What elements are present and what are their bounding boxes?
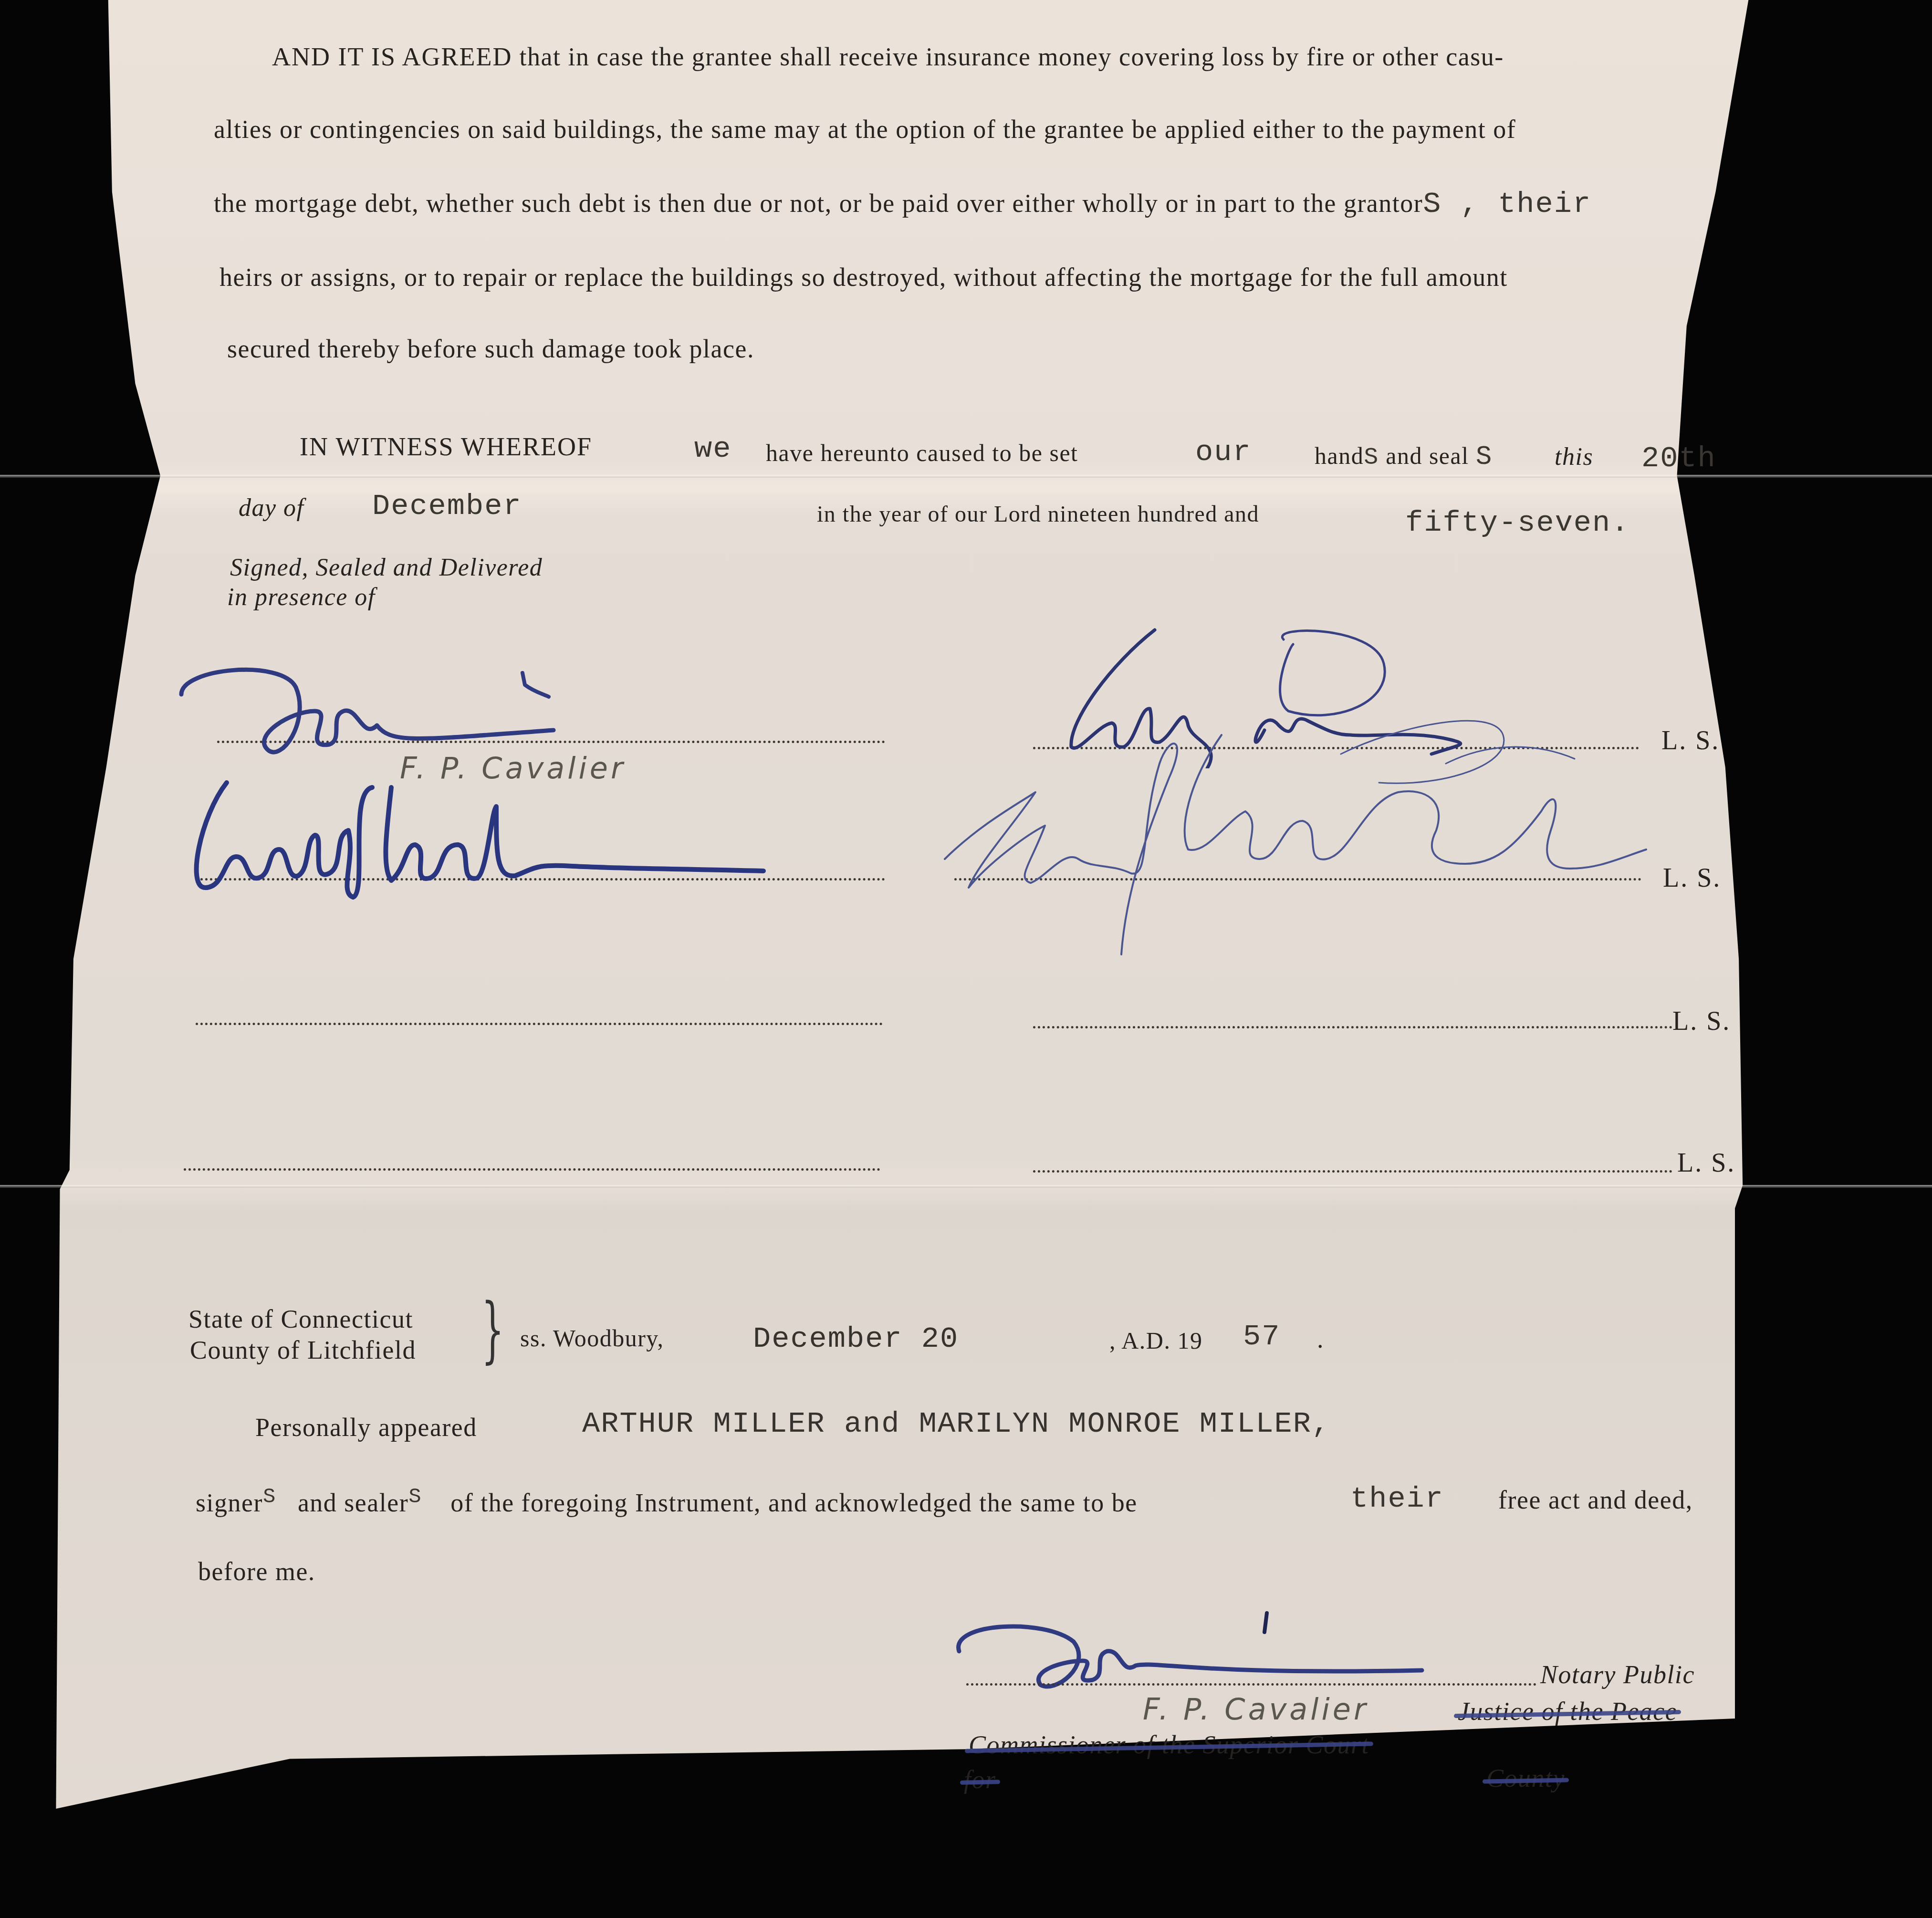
- typed-year: fifty-seven.: [1405, 506, 1629, 540]
- signer-signature-marilyn-monroe-miller: [921, 706, 1675, 969]
- typed-grantor-suffix: S , their: [1423, 187, 1591, 221]
- typed-ack-year: 57: [1243, 1320, 1280, 1353]
- agreed-line-5: secured thereby before such damage took …: [227, 334, 754, 364]
- county-label: County of Litchfield: [190, 1335, 416, 1365]
- notary-printed-name: F. P. Cavalier: [1143, 1692, 1368, 1727]
- witness-this: this: [1555, 443, 1593, 471]
- signer-line-4: [1033, 1170, 1672, 1173]
- notary-line: [966, 1683, 1536, 1686]
- typed-day: 20th: [1641, 441, 1716, 475]
- agreed-line-3: the mortgage debt, whether such debt is …: [214, 187, 1591, 221]
- day-of-label: day of: [239, 494, 304, 522]
- agreed-line-1: AND IT IS AGREED that in case the grante…: [272, 42, 1504, 72]
- for-struck: for: [964, 1765, 996, 1794]
- typed-ack-date: December 20: [753, 1322, 959, 1356]
- in-presence-label: in presence of: [227, 583, 376, 611]
- fold-line-lower: [0, 1185, 1932, 1188]
- ls-mark-4: L. S.: [1677, 1148, 1735, 1178]
- signed-sealed-label: Signed, Sealed and Delivered: [230, 554, 543, 582]
- witness-lead: IN WITNESS WHEREOF: [300, 432, 592, 461]
- notary-public-title: Notary Public: [1540, 1660, 1695, 1689]
- commissioner-struck: Commissioner of the Superior Court: [969, 1730, 1369, 1760]
- agreed-line-4: heirs or assigns, or to repair or replac…: [219, 262, 1508, 292]
- typed-we: we: [694, 432, 731, 466]
- free-act: free act and deed,: [1498, 1485, 1693, 1515]
- year-of-lord: in the year of our Lord nineteen hundred…: [817, 501, 1259, 527]
- personally-appeared: Personally appeared: [255, 1413, 477, 1442]
- witness-signature-2: [191, 773, 787, 907]
- witness-hands: handS and seal S: [1315, 441, 1493, 472]
- agreed-lead: AND IT IS AGREED: [272, 42, 512, 71]
- typed-names: ARTHUR MILLER and MARILYN MONROE MILLER,: [582, 1407, 1330, 1441]
- typed-their: their: [1350, 1482, 1444, 1516]
- ad-label: , A.D. 19: [1109, 1327, 1202, 1354]
- state-label: State of Connecticut: [188, 1304, 413, 1334]
- ack-period: .: [1317, 1324, 1324, 1354]
- agreed-line-2: alties or contingencies on said building…: [214, 115, 1516, 144]
- witness-caused: have hereunto caused to be set: [766, 439, 1078, 467]
- ss-woodbury: ss. Woodbury,: [520, 1324, 664, 1352]
- typed-our: our: [1195, 435, 1252, 469]
- witness-line-4: [184, 1168, 880, 1171]
- county-struck: County: [1486, 1763, 1565, 1793]
- typed-month: December: [372, 489, 522, 523]
- justice-of-peace-struck: Justice of the Peace: [1458, 1697, 1677, 1726]
- signer-line-3: [1033, 1026, 1672, 1028]
- before-me: before me.: [198, 1557, 315, 1586]
- signers-line: signerS and sealerS of the foregoing Ins…: [196, 1485, 1138, 1518]
- ls-mark-3: L. S.: [1672, 1006, 1731, 1037]
- brace: }: [481, 1289, 504, 1372]
- witness-line-3: [196, 1023, 883, 1025]
